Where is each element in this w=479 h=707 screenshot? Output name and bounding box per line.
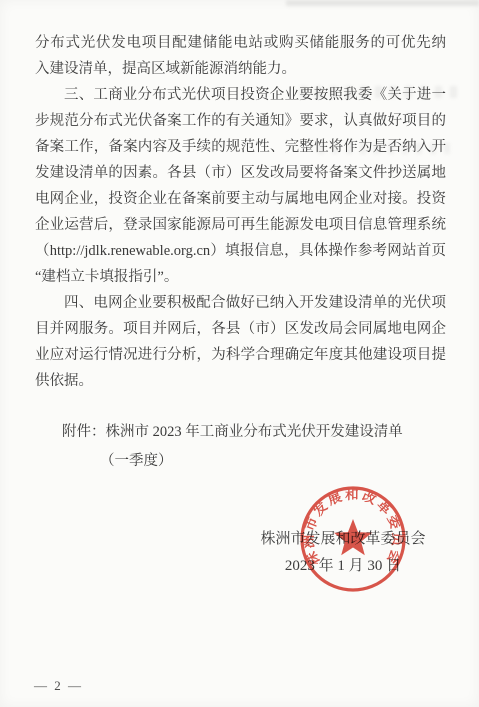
- page-number: — 2 —: [34, 678, 83, 694]
- body-line: 发建设清单的因素。各县（市）区发改局要将备案文件抄送属地: [35, 160, 446, 186]
- body-line: 四、电网企业要积极配合做好已纳入开发建设清单的光伏项: [35, 290, 446, 316]
- body-line: 企业运营后，登录国家能源局可再生能源发电项目信息管理系统: [35, 212, 446, 238]
- body-line: 三、工商业分布式光伏项目投资企业要按照我委《关于进一: [35, 82, 446, 108]
- attachment-block: 附件：株洲市 2023 年工商业分布式光伏开发建设清单 （一季度）: [62, 418, 403, 476]
- body-line: 业应对运行情况进行分析，为科学合理确定年度其他建设项目提: [35, 342, 446, 368]
- body-line: （http://jdlk.renewable.org.cn）填报信息，具体操作参…: [35, 238, 446, 264]
- signature-date: 2023 年 1 月 30 日: [242, 553, 444, 580]
- body-line: 电网企业，投资企业在备案前要主动与属地电网企业对接。投资: [35, 186, 446, 212]
- scan-smudge: [286, 0, 479, 6]
- body-line: 供依据。: [35, 368, 446, 394]
- body-line: 入建设清单，提高区域新能源消纳能力。: [35, 56, 446, 82]
- document-body-text: 分布式光伏发电项目配建储能电站或购买储能服务的可优先纳入建设清单，提高区域新能源…: [35, 30, 446, 394]
- attachment-title: 附件：株洲市 2023 年工商业分布式光伏开发建设清单: [62, 418, 403, 447]
- body-line: 分布式光伏发电项目配建储能电站或购买储能服务的可优先纳: [35, 30, 446, 56]
- body-line: “建档立卡填报指引”。: [35, 264, 446, 290]
- body-line: 步规范分布式光伏备案工作的有关通知》要求，认真做好项目的: [35, 108, 446, 134]
- attachment-subtitle: （一季度）: [100, 447, 403, 476]
- signature-org: 株洲市发展和改革委员会: [242, 526, 444, 553]
- signature-block: 株洲市发展和改革委员会 2023 年 1 月 30 日: [242, 526, 444, 580]
- document-page: 分布式光伏发电项目配建储能电站或购买储能服务的可优先纳入建设清单，提高区域新能源…: [0, 0, 479, 707]
- body-line: 目并网服务。项目并网后，各县（市）区发改局会同属地电网企: [35, 316, 446, 342]
- body-line: 备案工作，备案内容及手续的规范性、完整性将作为是否纳入开: [35, 134, 446, 160]
